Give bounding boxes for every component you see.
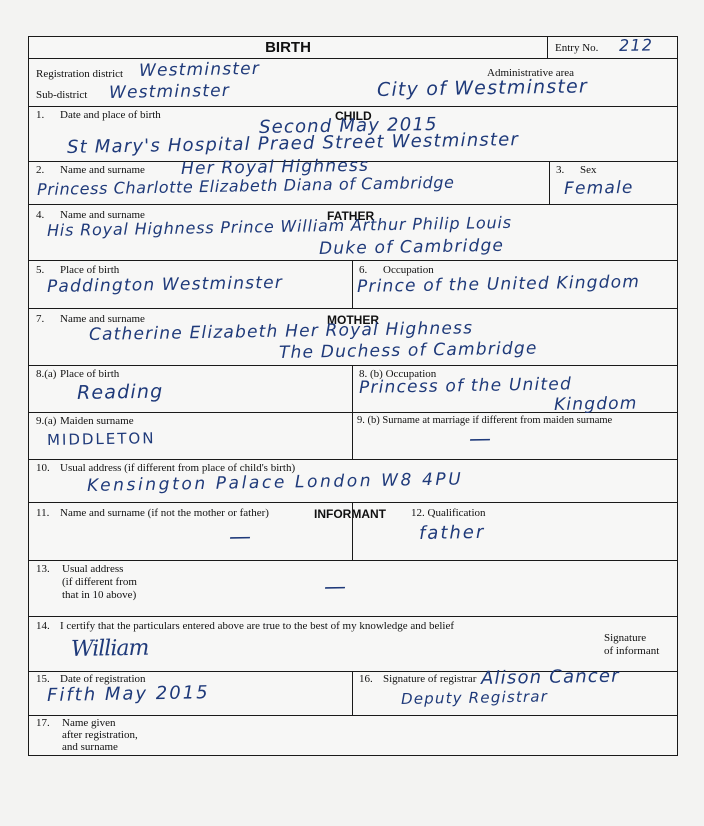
field-17-row: 17. Name given after registration, and s…: [29, 716, 677, 756]
administrative-area-value: City of Westminster: [377, 75, 588, 101]
field-9-row: 9.(a)Maiden surname MIDDLETON 9. (b) Sur…: [29, 413, 677, 460]
name-after-registration-label-3: and surname: [62, 741, 118, 753]
field-1-row: 1.Date and place of birth CHILD Second M…: [29, 107, 677, 162]
qualification-value: father: [419, 522, 486, 544]
field-4-row: 4.Name and surname FATHER His Royal High…: [29, 205, 677, 261]
father-occupation-value: Prince of the United Kingdom: [357, 272, 640, 297]
date-of-registration-value: Fifth May 2015: [47, 682, 210, 706]
field-8-row: 8.(a)Place of birth Reading 8. (b) Occup…: [29, 366, 677, 413]
mother-place-of-birth-value: Reading: [77, 380, 164, 404]
birth-register-entry: BIRTH Entry No. 212 Registration distric…: [28, 36, 678, 756]
qualification-label: 12. Qualification: [411, 507, 486, 519]
field-11-12-row: 11.Name and surname (if not the mother o…: [29, 503, 677, 561]
entry-no-value: 212: [619, 35, 653, 55]
mother-occupation-line2: Kingdom: [554, 394, 638, 415]
field-5-6-row: 5.Place of birth Paddington Westminster …: [29, 261, 677, 309]
field-15-16-row: 15.Date of registration Fifth May 2015 1…: [29, 672, 677, 716]
informant-name-label: Name and surname (if not the mother or f…: [60, 507, 269, 519]
father-place-of-birth-value: Paddington Westminster: [47, 273, 283, 297]
informant-address-label-3: that in 10 above): [62, 589, 136, 601]
registration-district-label: Registration district: [36, 68, 123, 80]
field-10-row: 10.Usual address (if different from plac…: [29, 460, 677, 503]
sub-district-value: Westminster: [109, 81, 230, 103]
district-row: Registration district Westminster Sub-di…: [29, 59, 677, 107]
date-place-of-birth-label: Date and place of birth: [60, 109, 161, 121]
maiden-surname-value: MIDDLETON: [47, 429, 156, 449]
name-after-registration-label-1: Name given: [62, 717, 115, 729]
mother-place-of-birth-label: Place of birth: [60, 368, 119, 380]
maiden-surname-label: Maiden surname: [60, 415, 134, 427]
field-7-row: 7.Name and surname MOTHER Catherine Eliz…: [29, 309, 677, 366]
informant-name-value: —: [229, 525, 253, 550]
father-occupation-label: Occupation: [383, 264, 434, 276]
father-name-line2: Duke of Cambridge: [319, 236, 504, 259]
father-place-of-birth-label: Place of birth: [60, 264, 119, 276]
mother-name-line2: The Duchess of Cambridge: [279, 338, 538, 363]
informant-signature: William: [71, 636, 149, 662]
field-2-3-row: 2.Name and surname Her Royal Highness Pr…: [29, 162, 677, 205]
mother-occupation-line1: Princess of the United: [359, 374, 572, 398]
mother-name-label: Name and surname: [60, 313, 145, 325]
informant-address-label-1: Usual address: [62, 563, 123, 575]
section-informant: INFORMANT: [314, 507, 386, 521]
signature-of-informant-label-2: of informant: [604, 645, 659, 657]
title-row: BIRTH Entry No. 212: [29, 37, 677, 59]
field-14-row: 14.I certify that the particulars entere…: [29, 617, 677, 672]
informant-address-label-2: (if different from: [62, 576, 137, 588]
surname-at-marriage-value: —: [469, 427, 493, 452]
child-name-line2: Princess Charlotte Elizabeth Diana of Ca…: [37, 173, 455, 199]
registrar-signature-label: Signature of registrar: [383, 673, 476, 685]
sex-label: Sex: [580, 164, 597, 176]
certification-text: I certify that the particulars entered a…: [60, 620, 454, 632]
field-13-row: 13. Usual address (if different from tha…: [29, 561, 677, 617]
child-name-label: Name and surname: [60, 164, 145, 176]
registration-district-value: Westminster: [139, 59, 260, 81]
entry-no-label: Entry No.: [555, 42, 598, 54]
registrar-title: Deputy Registrar: [401, 687, 548, 708]
name-after-registration-label-2: after registration,: [62, 729, 138, 741]
sub-district-label: Sub-district: [36, 89, 87, 101]
surname-at-marriage-label: 9. (b) Surname at marriage if different …: [357, 415, 612, 427]
registrar-signature: Alison Cancer: [481, 666, 620, 689]
form-title: BIRTH: [29, 39, 547, 56]
place-of-birth-value: St Mary's Hospital Praed Street Westmins…: [67, 129, 519, 158]
informant-address-value: —: [324, 575, 348, 600]
signature-of-informant-label-1: Signature: [604, 632, 646, 644]
sex-value: Female: [564, 178, 634, 199]
